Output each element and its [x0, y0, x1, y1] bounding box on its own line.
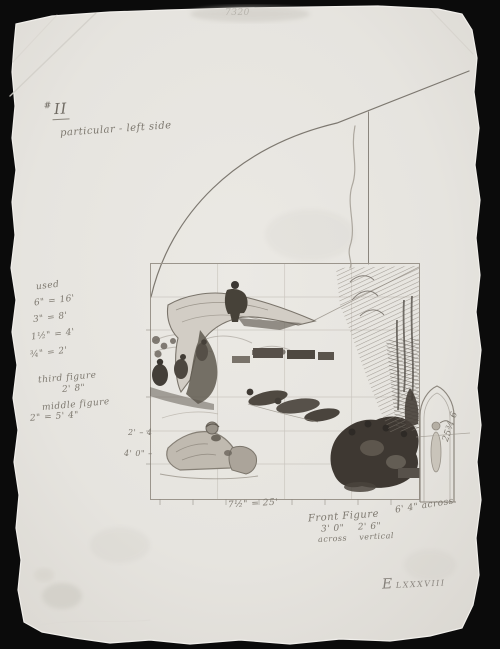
scanned-drawing — [0, 0, 500, 649]
